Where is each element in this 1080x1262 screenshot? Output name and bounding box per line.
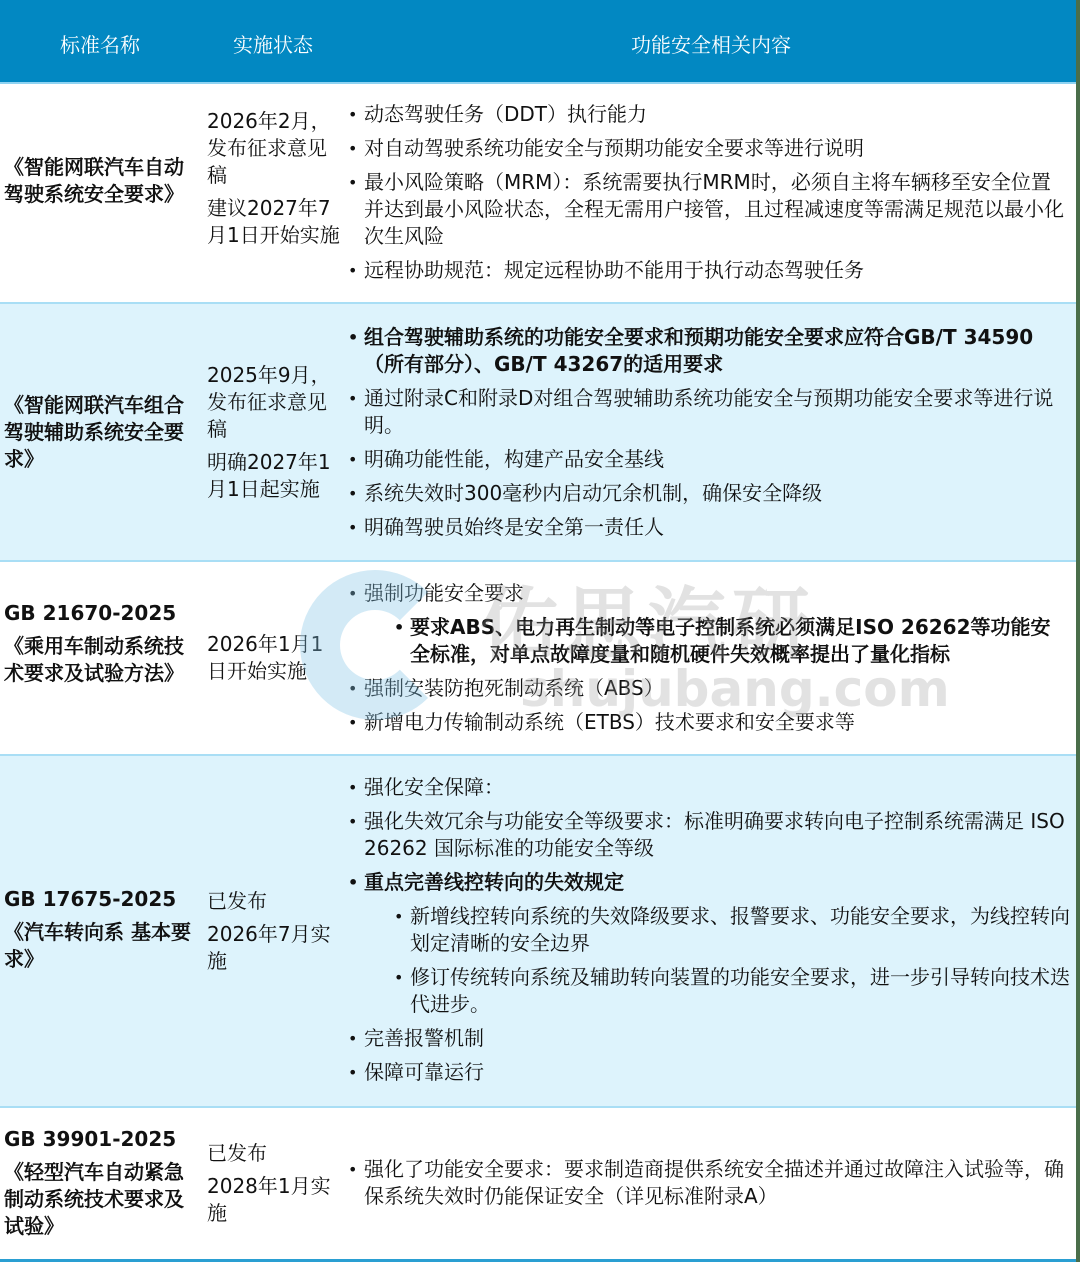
standard-title: 《汽车转向系 基本要求》 xyxy=(4,919,196,973)
implementation-status: 2025年9月，发布征求意见稿 明确2027年1月1日起实施 xyxy=(207,362,343,503)
list-item: 组合驾驶辅助系统的功能安全要求和预期功能安全要求应符合GB/T 34590（所有… xyxy=(346,324,1070,378)
header-standard-name: 标准名称 xyxy=(0,29,200,58)
header-implementation-status: 实施状态 xyxy=(200,29,346,58)
standard-name: GB 21670-2025 《乘用车制动系统技术要求及试验方法》 xyxy=(4,600,196,687)
status-line: 明确2027年1月1日起实施 xyxy=(207,449,343,503)
standards-table: 标准名称 实施状态 功能安全相关内容 《智能网联汽车自动驾驶系统安全要求》 20… xyxy=(0,0,1076,1262)
table-row: GB 21670-2025 《乘用车制动系统技术要求及试验方法》 2026年1月… xyxy=(0,562,1076,756)
list-item: 远程协助规范：规定远程协助不能用于执行动态驾驶任务 xyxy=(346,257,1070,284)
list-item: 明确驾驶员始终是安全第一责任人 xyxy=(346,514,1070,541)
content-list: 强化了功能安全要求：要求制造商提供系统安全描述并通过故障注入试验等，确保系统失效… xyxy=(346,1156,1070,1210)
table-row: GB 39901-2025 《轻型汽车自动紧急制动系统技术要求及试验》 已发布 … xyxy=(0,1108,1076,1262)
status-line: 2026年7月实施 xyxy=(207,921,343,975)
standard-title: 《轻型汽车自动紧急制动系统技术要求及试验》 xyxy=(4,1159,196,1240)
implementation-status: 已发布 2026年7月实施 xyxy=(207,888,343,975)
list-item: 动态驾驶任务（DDT）执行能力 xyxy=(346,101,1070,128)
list-item: 明确功能性能，构建产品安全基线 xyxy=(346,446,1070,473)
list-sub-item: 修订传统转向系统及辅助转向装置的功能安全要求，进一步引导转向技术迭代进步。 xyxy=(392,964,1070,1018)
status-line: 已发布 xyxy=(207,888,343,915)
status-line: 已发布 xyxy=(207,1140,343,1167)
list-item: 强化失效冗余与功能安全等级要求：标准明确要求转向电子控制系统需满足 ISO 26… xyxy=(346,808,1070,862)
status-line: 建议2027年7月1日开始实施 xyxy=(207,195,343,249)
content-list: 强化安全保障： 强化失效冗余与功能安全等级要求：标准明确要求转向电子控制系统需满… xyxy=(346,774,1070,1086)
implementation-status: 已发布 2028年1月实施 xyxy=(207,1140,343,1227)
list-item: 通过附录C和附录D对组合驾驶辅助系统功能安全与预期功能安全要求等进行说明。 xyxy=(346,385,1070,439)
content-list: 强制功能安全要求 要求ABS、电力再生制动等电子控制系统必须满足ISO 2626… xyxy=(346,580,1070,736)
standard-code: GB 21670-2025 xyxy=(4,600,196,626)
status-line: 2028年1月实施 xyxy=(207,1173,343,1227)
table-header: 标准名称 实施状态 功能安全相关内容 xyxy=(0,0,1076,84)
standard-name: 《智能网联汽车组合驾驶辅助系统安全要求》 xyxy=(4,392,196,473)
list-item: 新增电力传输制动系统（ETBS）技术要求和安全要求等 xyxy=(346,709,1070,736)
right-border xyxy=(1076,0,1080,1262)
list-sub-item: 新增线控转向系统的失效降级要求、报警要求、功能安全要求，为线控转向划定清晰的安全… xyxy=(392,903,1070,957)
header-functional-safety-content: 功能安全相关内容 xyxy=(346,29,1076,58)
list-item: 保障可靠运行 xyxy=(346,1059,1070,1086)
content-list: 组合驾驶辅助系统的功能安全要求和预期功能安全要求应符合GB/T 34590（所有… xyxy=(346,324,1070,541)
standard-name: GB 39901-2025 《轻型汽车自动紧急制动系统技术要求及试验》 xyxy=(4,1126,196,1240)
list-item: 强化安全保障： xyxy=(346,774,1070,801)
list-item: 强化了功能安全要求：要求制造商提供系统安全描述并通过故障注入试验等，确保系统失效… xyxy=(346,1156,1070,1210)
table-row: GB 17675-2025 《汽车转向系 基本要求》 已发布 2026年7月实施… xyxy=(0,756,1076,1108)
list-item: 重点完善线控转向的失效规定 xyxy=(346,869,1070,896)
status-line: 2026年1月1日开始实施 xyxy=(207,631,343,685)
list-item: 强制安装防抱死制动系统（ABS） xyxy=(346,675,1070,702)
standard-title: 《乘用车制动系统技术要求及试验方法》 xyxy=(4,633,196,687)
list-item: 完善报警机制 xyxy=(346,1025,1070,1052)
list-item: 最小风险策略（MRM）：系统需要执行MRM时，必须自主将车辆移至安全位置并达到最… xyxy=(346,169,1070,250)
standard-name: GB 17675-2025 《汽车转向系 基本要求》 xyxy=(4,886,196,973)
status-line: 2026年2月，发布征求意见稿 xyxy=(207,108,343,189)
standard-code: GB 17675-2025 xyxy=(4,886,196,912)
standard-code: GB 39901-2025 xyxy=(4,1126,196,1152)
standard-name: 《智能网联汽车自动驾驶系统安全要求》 xyxy=(4,154,196,208)
implementation-status: 2026年1月1日开始实施 xyxy=(207,631,343,685)
list-sub-item: 要求ABS、电力再生制动等电子控制系统必须满足ISO 26262等功能安全标准，… xyxy=(392,614,1070,668)
standard-title: 《智能网联汽车组合驾驶辅助系统安全要求》 xyxy=(4,392,196,473)
list-item: 对自动驾驶系统功能安全与预期功能安全要求等进行说明 xyxy=(346,135,1070,162)
implementation-status: 2026年2月，发布征求意见稿 建议2027年7月1日开始实施 xyxy=(207,108,343,249)
table-row: 《智能网联汽车组合驾驶辅助系统安全要求》 2025年9月，发布征求意见稿 明确2… xyxy=(0,304,1076,562)
content-list: 动态驾驶任务（DDT）执行能力 对自动驾驶系统功能安全与预期功能安全要求等进行说… xyxy=(346,101,1070,284)
table-row: 《智能网联汽车自动驾驶系统安全要求》 2026年2月，发布征求意见稿 建议202… xyxy=(0,86,1076,304)
list-item: 系统失效时300毫秒内启动冗余机制，确保安全降级 xyxy=(346,480,1070,507)
status-line: 2025年9月，发布征求意见稿 xyxy=(207,362,343,443)
list-item: 强制功能安全要求 xyxy=(346,580,1070,607)
standard-title: 《智能网联汽车自动驾驶系统安全要求》 xyxy=(4,154,196,208)
